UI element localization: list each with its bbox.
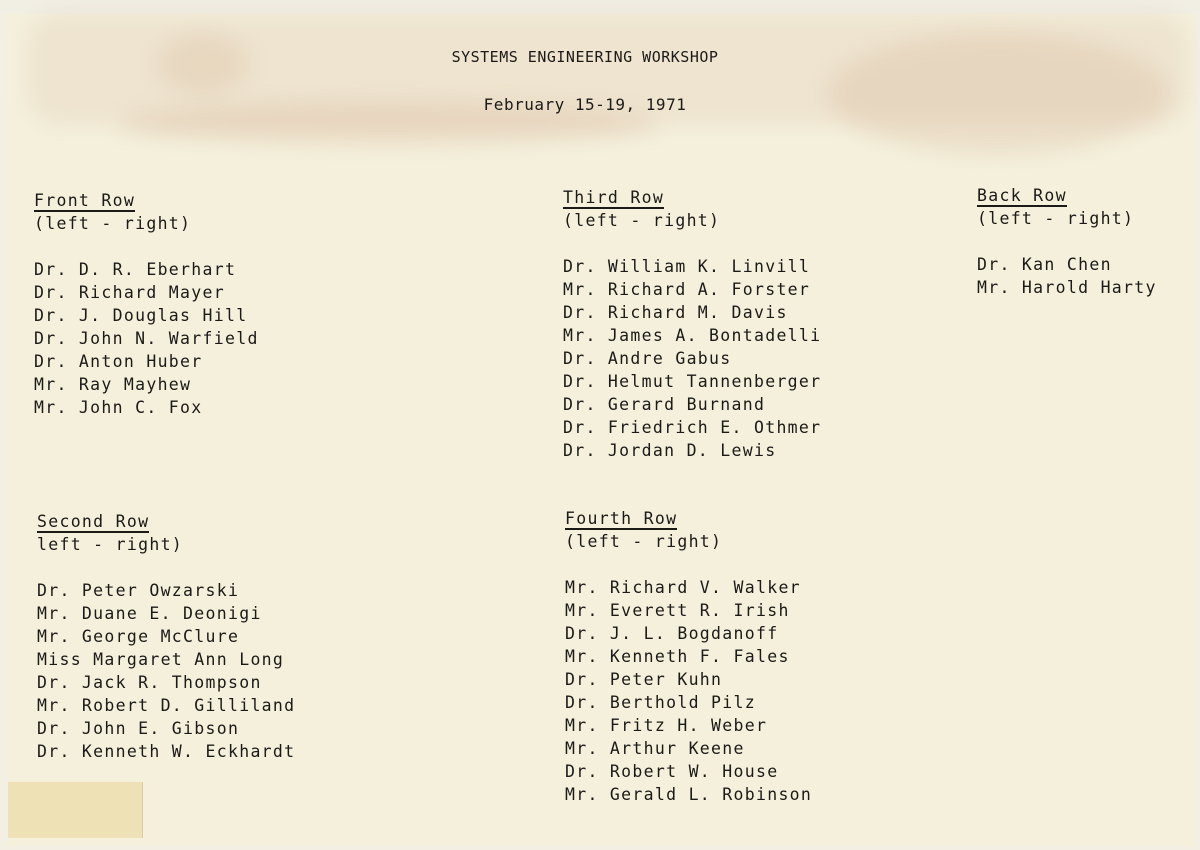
name-item: Dr. Anton Huber [34, 350, 259, 373]
name-item: Dr. John N. Warfield [34, 327, 259, 350]
section-subheading: (left - right) [977, 207, 1157, 230]
name-item: Dr. John E. Gibson [37, 717, 295, 740]
name-item: Miss Margaret Ann Long [37, 648, 295, 671]
document-date: February 15-19, 1971 [0, 95, 1185, 114]
name-list: Dr. Kan Chen Mr. Harold Harty [977, 253, 1157, 299]
section-third-row: Third Row (left - right) Dr. William K. … [563, 186, 821, 462]
name-item: Dr. D. R. Eberhart [34, 258, 259, 281]
section-subheading: left - right) [37, 533, 295, 556]
section-heading: Second Row [37, 513, 149, 533]
name-item: Dr. Richard Mayer [34, 281, 259, 304]
name-item: Mr. Arthur Keene [565, 737, 812, 760]
name-item: Dr. Friedrich E. Othmer [563, 416, 821, 439]
name-item: Dr. Gerard Burnand [563, 393, 821, 416]
name-item: Mr. Robert D. Gilliland [37, 694, 295, 717]
name-item: Mr. George McClure [37, 625, 295, 648]
name-item: Dr. Kan Chen [977, 253, 1157, 276]
name-list: Dr. D. R. Eberhart Dr. Richard Mayer Dr.… [34, 258, 259, 419]
section-heading: Front Row [34, 192, 135, 212]
section-heading: Fourth Row [565, 510, 677, 530]
name-item: Dr. Jordan D. Lewis [563, 439, 821, 462]
name-item: Dr. Robert W. House [565, 760, 812, 783]
section-fourth-row: Fourth Row (left - right) Mr. Richard V.… [565, 507, 812, 806]
section-heading: Third Row [563, 189, 664, 209]
section-subheading: (left - right) [34, 212, 259, 235]
name-item: Mr. Richard V. Walker [565, 576, 812, 599]
name-item: Dr. J. Douglas Hill [34, 304, 259, 327]
document-title: SYSTEMS ENGINEERING WORKSHOP [0, 48, 1185, 66]
name-item: Dr. Berthold Pilz [565, 691, 812, 714]
name-item: Mr. Gerald L. Robinson [565, 783, 812, 806]
tape-remnant [8, 782, 143, 838]
scan-border [0, 0, 1200, 14]
section-back-row: Back Row (left - right) Dr. Kan Chen Mr.… [977, 184, 1157, 299]
name-item: Dr. Peter Kuhn [565, 668, 812, 691]
section-heading: Back Row [977, 187, 1067, 207]
name-item: Dr. Peter Owzarski [37, 579, 295, 602]
name-list: Dr. William K. Linvill Mr. Richard A. Fo… [563, 255, 821, 462]
name-item: Dr. William K. Linvill [563, 255, 821, 278]
section-subheading: (left - right) [563, 209, 821, 232]
name-item: Mr. Ray Mayhew [34, 373, 259, 396]
name-item: Mr. Everett R. Irish [565, 599, 812, 622]
name-item: Dr. Jack R. Thompson [37, 671, 295, 694]
name-item: Mr. Richard A. Forster [563, 278, 821, 301]
name-item: Mr. Harold Harty [977, 276, 1157, 299]
name-list: Dr. Peter Owzarski Mr. Duane E. Deonigi … [37, 579, 295, 763]
name-item: Mr. James A. Bontadelli [563, 324, 821, 347]
name-item: Dr. Kenneth W. Eckhardt [37, 740, 295, 763]
section-front-row: Front Row (left - right) Dr. D. R. Eberh… [34, 189, 259, 419]
name-item: Mr. Duane E. Deonigi [37, 602, 295, 625]
name-item: Dr. Helmut Tannenberger [563, 370, 821, 393]
section-subheading: (left - right) [565, 530, 812, 553]
name-item: Dr. J. L. Bogdanoff [565, 622, 812, 645]
name-item: Dr. Richard M. Davis [563, 301, 821, 324]
name-list: Mr. Richard V. Walker Mr. Everett R. Iri… [565, 576, 812, 806]
name-item: Mr. Fritz H. Weber [565, 714, 812, 737]
name-item: Dr. Andre Gabus [563, 347, 821, 370]
section-second-row: Second Row left - right) Dr. Peter Owzar… [37, 510, 295, 763]
name-item: Mr. Kenneth F. Fales [565, 645, 812, 668]
name-item: Mr. John C. Fox [34, 396, 259, 419]
